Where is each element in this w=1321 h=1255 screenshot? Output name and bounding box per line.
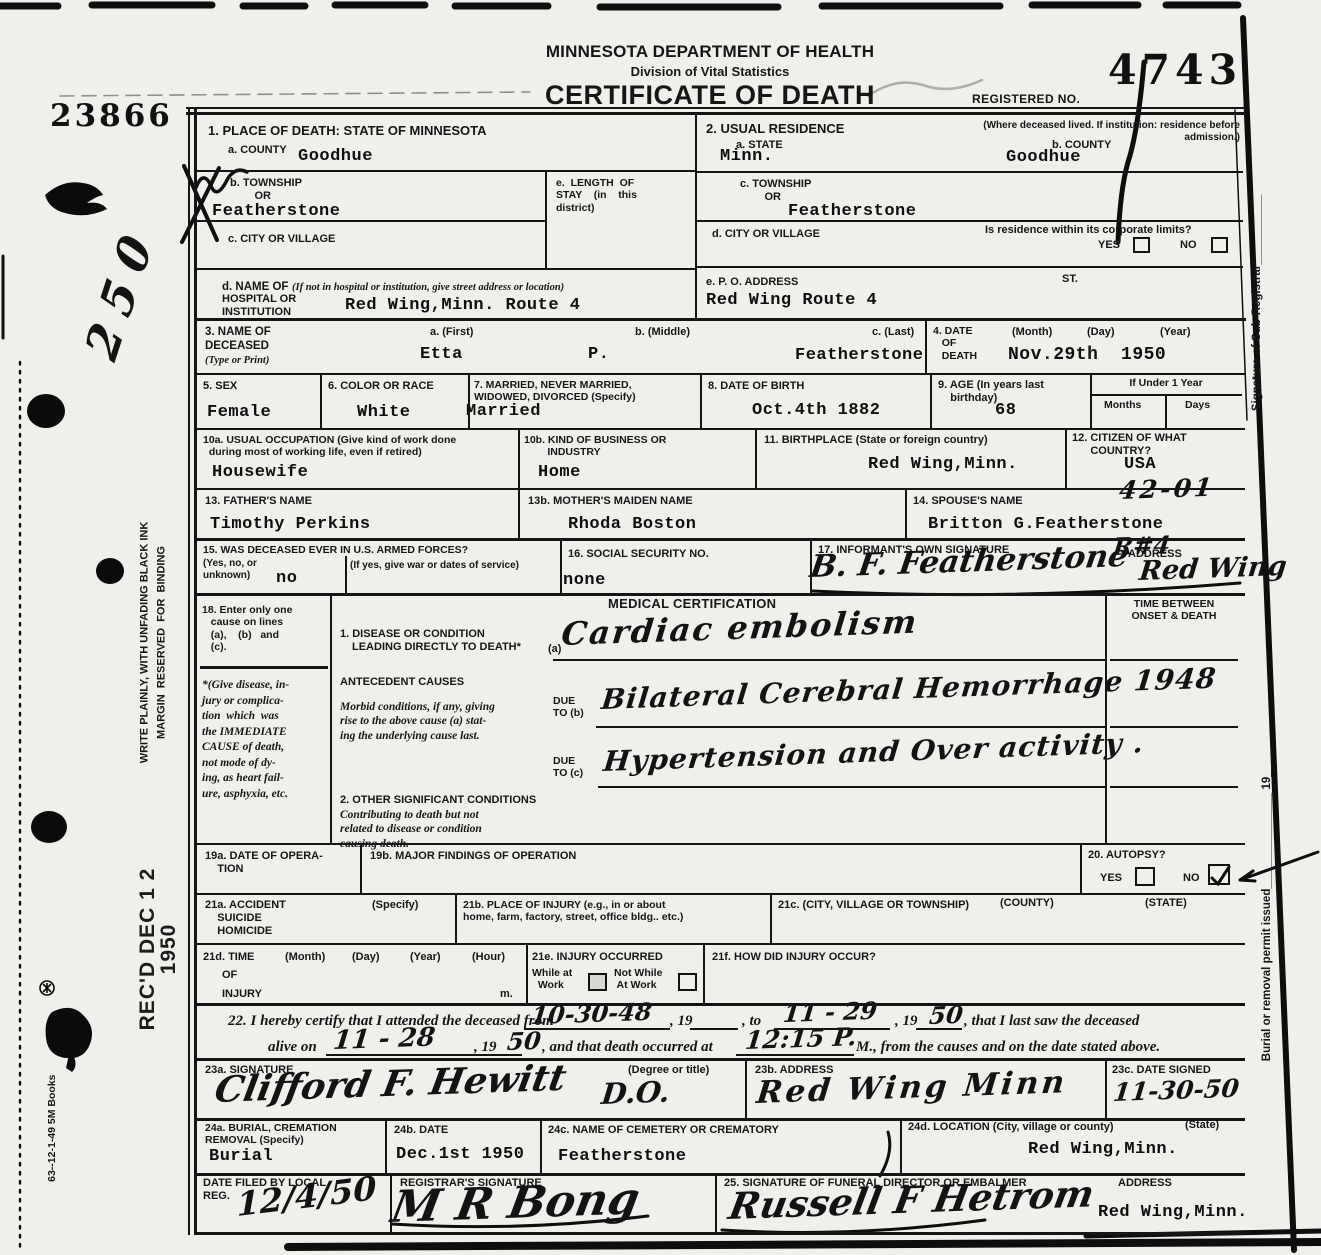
major-findings-label: 19b. MAJOR FINDINGS OF OPERATION [370, 850, 576, 863]
date-of-death-label: 4. DATE OF DEATH [933, 325, 977, 362]
divider-line [900, 1120, 902, 1173]
city-label-2: d. CITY OR VILLAGE [712, 228, 820, 241]
days-label: Days [1185, 399, 1210, 411]
divider-line [745, 1060, 747, 1118]
county-value-2: Goodhue [1006, 149, 1081, 166]
age-value: 68 [995, 402, 1016, 419]
armed-forces-value: no [276, 570, 297, 587]
divider-line [197, 1118, 1245, 1121]
divider-line [1165, 394, 1167, 430]
while-at-work-checkbox [588, 973, 607, 991]
business-value: Home [538, 464, 581, 481]
faint-line-over-23866 [60, 92, 530, 96]
division-subtitle: Division of Vital Statistics [545, 64, 875, 79]
divider-line [1105, 1060, 1107, 1118]
divider-line [695, 113, 697, 318]
color-race-label: 6. COLOR OR RACE [328, 380, 434, 393]
antecedent-causes-label: ANTECEDENT CAUSES [340, 676, 464, 689]
divider-line [545, 170, 547, 268]
county-label-1: a. COUNTY [228, 144, 287, 157]
funeral-address-label: ADDRESS [1118, 1177, 1172, 1190]
autopsy-no-label: NO [1183, 872, 1200, 885]
divider-line [197, 488, 1245, 490]
divider-line [330, 595, 332, 843]
months-label: Months [1104, 399, 1141, 411]
immediate-cause-note: *(Give disease, in- jury or complica- ti… [202, 678, 289, 802]
name-of-deceased-label: 3. NAME OF DECEASED [205, 326, 271, 353]
divider-line [1110, 659, 1238, 661]
divider-line [188, 107, 190, 1235]
spouse-name-label: 14. SPOUSE'S NAME [913, 495, 1023, 508]
type-or-print-note: (Type or Print) [205, 354, 269, 367]
township-label-1: b. TOWNSHIP OR [230, 177, 302, 203]
sub-registrar-signature-line: Signature of Sub-Registrar___________ [1251, 123, 1265, 483]
date-of-death-value: Nov.29th 1950 [1008, 346, 1166, 364]
injury-city-label: 21c. (CITY, VILLAGE OR TOWNSHIP) [778, 899, 969, 912]
divider-line [1105, 595, 1107, 843]
divider-line [518, 490, 520, 538]
mother-name-label: 13b. MOTHER'S MAIDEN NAME [528, 495, 693, 508]
divider-line [1065, 430, 1067, 488]
burial-date-value: Dec.1st 1950 [396, 1146, 524, 1163]
state-value: Minn. [720, 148, 774, 165]
bottom-edge-band [288, 1242, 1321, 1247]
how-injury-occurred-label: 21f. HOW DID INJURY OCCUR? [712, 951, 876, 964]
divider-line [345, 556, 347, 593]
birthplace-value: Red Wing,Minn. [868, 456, 1018, 473]
injury-hour-label: (Hour) [472, 951, 505, 964]
divider-line [703, 945, 705, 1003]
funeral-address-value: Red Wing,Minn. [1098, 1204, 1248, 1221]
divider-line [194, 107, 197, 1235]
burial-date-label: 24b. DATE [394, 1124, 448, 1137]
divider-line [560, 540, 562, 593]
divider-line [1110, 726, 1238, 728]
autopsy-yes-label: YES [1100, 872, 1122, 885]
divider-line [320, 375, 322, 428]
father-name-label: 13. FATHER'S NAME [205, 495, 312, 508]
divider-line [197, 170, 695, 172]
burial-location-value: Red Wing,Minn. [1028, 1141, 1178, 1158]
death-certificate-scan: 23866 250 WRITE PLAINLY, WITH UNFADING B… [0, 0, 1321, 1255]
divider-line [774, 1028, 890, 1030]
divider-line [596, 726, 1105, 728]
mother-name-value: Rhoda Boston [568, 516, 696, 533]
color-race-value: White [357, 404, 411, 421]
divider-line [518, 430, 520, 488]
registrar-signature-value: M R Bong [388, 1177, 643, 1230]
meridiem-label: m. [500, 988, 513, 1001]
divider-line [197, 1058, 1245, 1061]
department-title: MINNESOTA DEPARTMENT OF HEALTH [545, 42, 875, 62]
divider-line [700, 375, 702, 428]
divider-line [695, 266, 1243, 268]
while-at-work-label: While at Work [532, 967, 572, 992]
limits-no-checkbox [1211, 237, 1228, 253]
received-date-stamp: REC'D DEC 1 2 1950 [137, 839, 179, 1059]
date-signed-value: 11-30-50 [1112, 1076, 1240, 1105]
time-injury-label-3: INJURY [222, 988, 262, 1001]
certify-statement-p8: , and that death occurred at [542, 1038, 713, 1056]
registered-no-value: 4743 [1108, 46, 1242, 94]
middle-name-value: P. [588, 346, 609, 363]
hospital-value: Red Wing,Minn. Route 4 [345, 297, 580, 314]
certify-statement-p6: alive on [268, 1038, 317, 1056]
divider-line [524, 1028, 670, 1030]
divider-line [197, 1232, 1249, 1235]
hole-punch-dot [31, 811, 67, 843]
township-label-2: c. TOWNSHIP OR [740, 178, 811, 204]
cause-instructions-18: 18. Enter only one cause on lines (a), (… [202, 604, 292, 654]
divider-line [326, 1054, 472, 1056]
margin-binding-note: WRITE PLAINLY, WITH UNFADING BLACK INK M… [137, 487, 170, 799]
date-of-birth-value: Oct.4th 1882 [752, 402, 880, 419]
cemetery-value: Featherstone [558, 1148, 686, 1165]
divider-line [925, 320, 927, 373]
divider-line [905, 490, 907, 538]
dod-month-label: (Month) [1012, 326, 1052, 339]
date-of-birth-label: 8. DATE OF BIRTH [708, 380, 804, 393]
divider-line [197, 843, 1245, 845]
armed-forces-sub1: (Yes, no, or unknown) [203, 558, 257, 582]
business-label: 10b. KIND OF BUSINESS OR INDUSTRY [524, 434, 666, 459]
divider-line [810, 540, 812, 593]
divider-line [390, 1175, 392, 1232]
armed-forces-label: 15. WAS DECEASED EVER IN U.S. ARMED FORC… [203, 544, 468, 556]
divider-line [197, 220, 547, 222]
disease-condition-label-2: LEADING DIRECTLY TO DEATH* [352, 641, 521, 654]
divider-line [690, 1028, 738, 1030]
last-name-label: c. (Last) [872, 326, 914, 339]
informant-address-city: Red Wing [1138, 553, 1288, 585]
autopsy-no-checkbox [1208, 864, 1230, 885]
limits-no-label: NO [1180, 239, 1197, 252]
certify-statement-p9: M., from the causes and on the date stat… [856, 1038, 1160, 1056]
injury-county-label: (COUNTY) [1000, 897, 1054, 910]
marital-status-value: Married [466, 403, 541, 420]
sex-value: Female [207, 404, 271, 421]
limits-yes-label: YES [1098, 239, 1120, 252]
divider-line [715, 1175, 717, 1232]
birthplace-label: 11. BIRTHPLACE (State or foreign country… [764, 434, 988, 447]
divider-line [186, 107, 1245, 109]
father-name-value: Timothy Perkins [210, 516, 371, 533]
burial-cremation-value: Burial [209, 1148, 273, 1165]
not-while-at-work-label: Not While At Work [614, 967, 662, 992]
occupation-label: 10a. USUAL OCCUPATION (Give kind of work… [203, 434, 456, 459]
length-of-stay-label: e. LENGTH OF STAY (in this district) [556, 177, 637, 214]
autopsy-label: 20. AUTOPSY? [1088, 849, 1166, 862]
divider-line [916, 1028, 962, 1030]
divider-line [385, 1120, 387, 1173]
divider-line [455, 895, 457, 943]
injury-day-label: (Day) [352, 951, 380, 964]
dod-year-label: (Year) [1160, 326, 1191, 339]
circled-asterisk-mark [43, 983, 51, 993]
file-number-stamp: 23866 [50, 98, 173, 134]
divider-line [197, 893, 1245, 895]
form-print-code: 63--12-1-49 5M Books [46, 1043, 58, 1213]
place-of-injury-label: 21b. PLACE OF INJURY (e.g., in or about … [463, 899, 683, 924]
divider-line [468, 375, 470, 428]
certify-alive-year: 50 [506, 1029, 542, 1054]
divider-line [197, 268, 695, 270]
st-label: ST. [1062, 273, 1078, 286]
divider-line [197, 1003, 1245, 1006]
burial-permit-line: Burial or removal permit issued_________… [1261, 683, 1275, 1117]
divider-line [197, 943, 1245, 945]
divider-line [598, 786, 1105, 788]
burial-location-label: 24d. LOCATION (City, village or county) [908, 1121, 1114, 1134]
morbid-conditions-note: Morbid conditions, if any, giving rise t… [340, 700, 495, 743]
injury-state-label: (STATE) [1145, 897, 1187, 910]
time-of-injury-label: 21d. TIME [203, 951, 254, 964]
sex-label: 5. SEX [203, 380, 237, 393]
place-of-death-title: 1. PLACE OF DEATH: STATE OF MINNESOTA [208, 123, 487, 138]
certify-to-year: 50 [928, 1003, 964, 1028]
age-label: 9. AGE (In years last birthday) [938, 379, 1044, 405]
certify-statement-p4: , 19 [895, 1012, 918, 1030]
other-conditions-label: 2. OTHER SIGNIFICANT CONDITIONS [340, 794, 536, 807]
divider-line [197, 538, 1245, 541]
county-value-1: Goodhue [298, 148, 373, 165]
divider-line [360, 845, 362, 893]
divider-line [1092, 394, 1242, 396]
divider-line [197, 318, 1246, 321]
spouse-name-value: Britton G.Featherstone [928, 516, 1163, 533]
specify-label: (Specify) [372, 899, 418, 912]
accident-suicide-label: 21a. ACCIDENT SUICIDE HOMICIDE [205, 899, 286, 938]
divider-line [197, 428, 1245, 430]
marital-status-label: 7. MARRIED, NEVER MARRIED, WIDOWED, DIVO… [474, 379, 636, 404]
injury-month-label: (Month) [285, 951, 325, 964]
degree-value: D.O. [600, 1078, 671, 1109]
time-of-label-2: OF [222, 969, 237, 982]
occupation-value: Housewife [212, 464, 308, 481]
divider-line [736, 1054, 854, 1056]
ssn-label: 16. SOCIAL SECURITY NO. [568, 548, 709, 561]
disease-condition-label-1: 1. DISEASE OR CONDITION [340, 628, 485, 641]
due-to-b-label: DUE TO (b) [553, 695, 584, 720]
po-address-label: e. P. O. ADDRESS [706, 276, 798, 289]
city-label-1: c. CITY OR VILLAGE [228, 233, 335, 246]
citizen-value: USA [1124, 456, 1156, 473]
middle-name-label: b. (Middle) [635, 326, 690, 339]
divider-line [197, 593, 1245, 596]
under-1-year-header: If Under 1 Year [1092, 377, 1240, 389]
divider-line [770, 895, 772, 943]
divider-line [755, 430, 757, 488]
autopsy-yes-checkbox [1135, 867, 1155, 886]
limits-yes-checkbox [1133, 237, 1150, 253]
divider-line [695, 171, 1243, 173]
top-edge-dashes [0, 5, 1238, 7]
armed-forces-sub2: (If yes, give war or dates of service) [350, 560, 550, 572]
burial-cremation-label: 24a. BURIAL, CREMATION REMOVAL (Specify) [205, 1122, 337, 1147]
po-address-value: Red Wing Route 4 [706, 292, 877, 309]
dod-day-label: (Day) [1087, 326, 1115, 339]
divider-line [200, 666, 328, 669]
time-between-label: TIME BETWEEN ONSET & DEATH [1110, 598, 1238, 623]
injury-year-label: (Year) [410, 951, 441, 964]
last-name-value: Featherstone [795, 347, 923, 364]
hospital-label-2: HOSPITAL OR INSTITUTION [222, 293, 296, 319]
divider-line [695, 220, 1243, 222]
due-to-c-label: DUE TO (c) [553, 755, 583, 780]
divider-line [197, 1173, 1245, 1176]
divider-line [526, 945, 528, 1003]
first-name-label: a. (First) [430, 326, 473, 339]
ssn-value: none [563, 572, 606, 589]
township-value-2: Featherstone [788, 203, 916, 220]
cemetery-label: 24c. NAME OF CEMETERY OR CREMATORY [548, 1124, 779, 1137]
divider-line [553, 659, 1105, 661]
certify-statement-p5: , that I last saw the deceased [964, 1012, 1139, 1030]
ink-blob-top [45, 182, 107, 215]
certify-alive-date: 11 - 28 [332, 1024, 436, 1054]
date-of-operation-label: 19a. DATE OF OPERA- TION [205, 850, 323, 876]
hole-punch-dot [27, 394, 65, 428]
not-while-at-work-checkbox [678, 973, 697, 991]
divider-line [1090, 375, 1092, 428]
divider-line [1080, 845, 1082, 893]
corporate-limits-question: Is residence within its corporate limits… [985, 224, 1192, 237]
injury-occurred-label: 21e. INJURY OCCURRED [532, 951, 663, 964]
divider-line [186, 112, 1245, 115]
usual-residence-title: 2. USUAL RESIDENCE [706, 121, 844, 136]
first-name-value: Etta [420, 346, 463, 363]
hole-punch-dot [96, 558, 124, 584]
hospital-name-note: (If not in hospital or institution, give… [292, 281, 564, 294]
divider-line [540, 1120, 542, 1173]
registered-no-label: REGISTERED NO. [972, 92, 1080, 106]
divider-line [930, 375, 932, 428]
divider-line [1110, 786, 1238, 788]
township-value-1: Featherstone [212, 203, 340, 220]
divider-line [197, 373, 1245, 375]
divider-line [472, 1054, 522, 1056]
